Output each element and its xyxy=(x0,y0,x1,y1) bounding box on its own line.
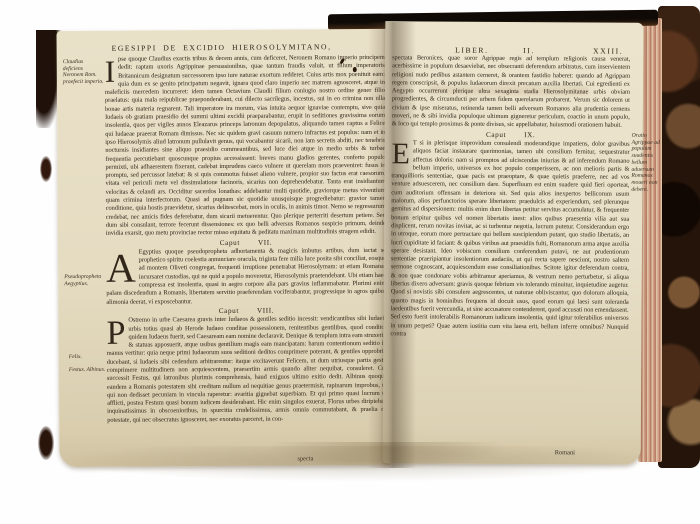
edge-stain xyxy=(40,156,52,182)
margin-note-pseudopropheta: Pseudopropheta Aegyptius. xyxy=(64,274,106,288)
paragraph: POstremo in urbe Caesarea gravis inter I… xyxy=(106,315,387,425)
paragraph: Ipse quoque Claudius exactis tribus & de… xyxy=(105,54,386,238)
paragraph: spectata Beronices, quae soror Agrippae … xyxy=(392,54,630,130)
folio-number: XXIII. xyxy=(593,46,623,55)
paragraph: AEgyptius quoque pseudopropheta adhortam… xyxy=(106,247,386,307)
book-photograph: EGESIPPI DE EXCIDIO HIEROSOLYMITANO, Cla… xyxy=(0,0,700,524)
drop-cap-p: P xyxy=(106,318,125,349)
leather-binding-edge xyxy=(658,6,700,468)
drop-cap-i: I xyxy=(105,57,115,86)
edge-stain xyxy=(38,426,54,460)
right-running-header-liber: LIBER. xyxy=(455,46,488,55)
margin-note-festus-albinus: Festus. Albinus. xyxy=(69,367,111,374)
left-page: EGESIPPI DE EXCIDIO HIEROSOLYMITANO, Cla… xyxy=(56,29,389,467)
left-running-header: EGESIPPI DE EXCIDIO HIEROSOLYMITANO, xyxy=(57,42,387,53)
drop-cap-a: A xyxy=(106,249,136,286)
margin-note-oratio-agrippae: Oratio Agrippae ad populum suadentis bel… xyxy=(631,133,663,194)
paragraph: ET si in plerisque improvidum consulendi… xyxy=(390,139,629,340)
left-text-block: Ipse quoque Claudius exactis tribus & de… xyxy=(105,54,388,456)
margin-note-claudius: Claudius deficiens Neronem Rom. praefeci… xyxy=(63,59,105,86)
open-book: EGESIPPI DE EXCIDIO HIEROSOLYMITANO, Cla… xyxy=(36,6,700,472)
drop-cap-e: E xyxy=(391,140,409,168)
right-page: LIBER. II. XXIII. Oratio Agrippae ad pop… xyxy=(383,21,644,465)
right-running-header-book-number: II. xyxy=(523,46,535,55)
chapter-heading-ix: Caput IX. xyxy=(392,130,630,140)
right-text-block: spectata Beronices, quae soror Agrippae … xyxy=(390,54,630,453)
book-drop-shadow xyxy=(60,446,660,482)
margin-note-felix: Felix. xyxy=(69,354,111,361)
